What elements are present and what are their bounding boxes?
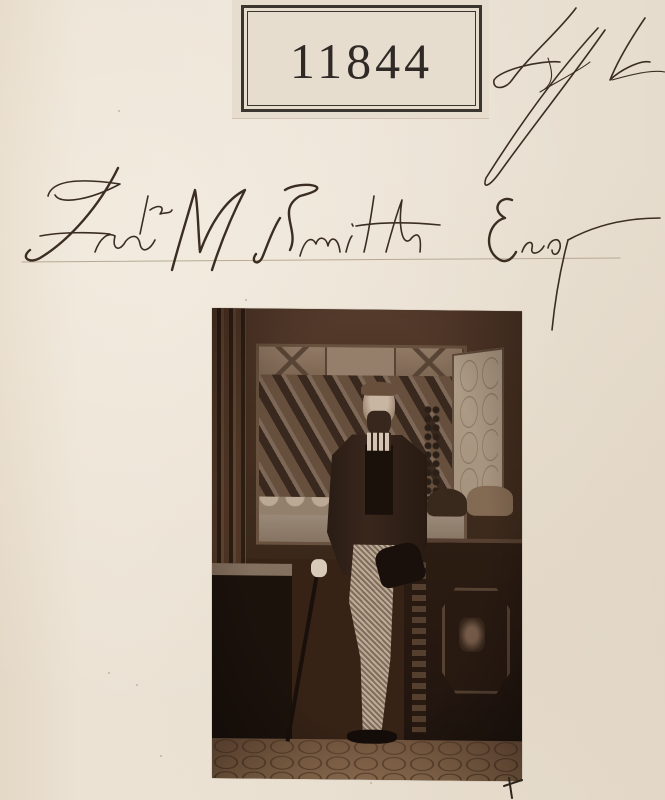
photo-vignette [212, 308, 522, 781]
carte-de-visite-photograph [212, 308, 522, 781]
corner-mark-text: + [500, 776, 509, 792]
album-page: 11844 Septr Fredk N Smith Esq [0, 0, 665, 800]
